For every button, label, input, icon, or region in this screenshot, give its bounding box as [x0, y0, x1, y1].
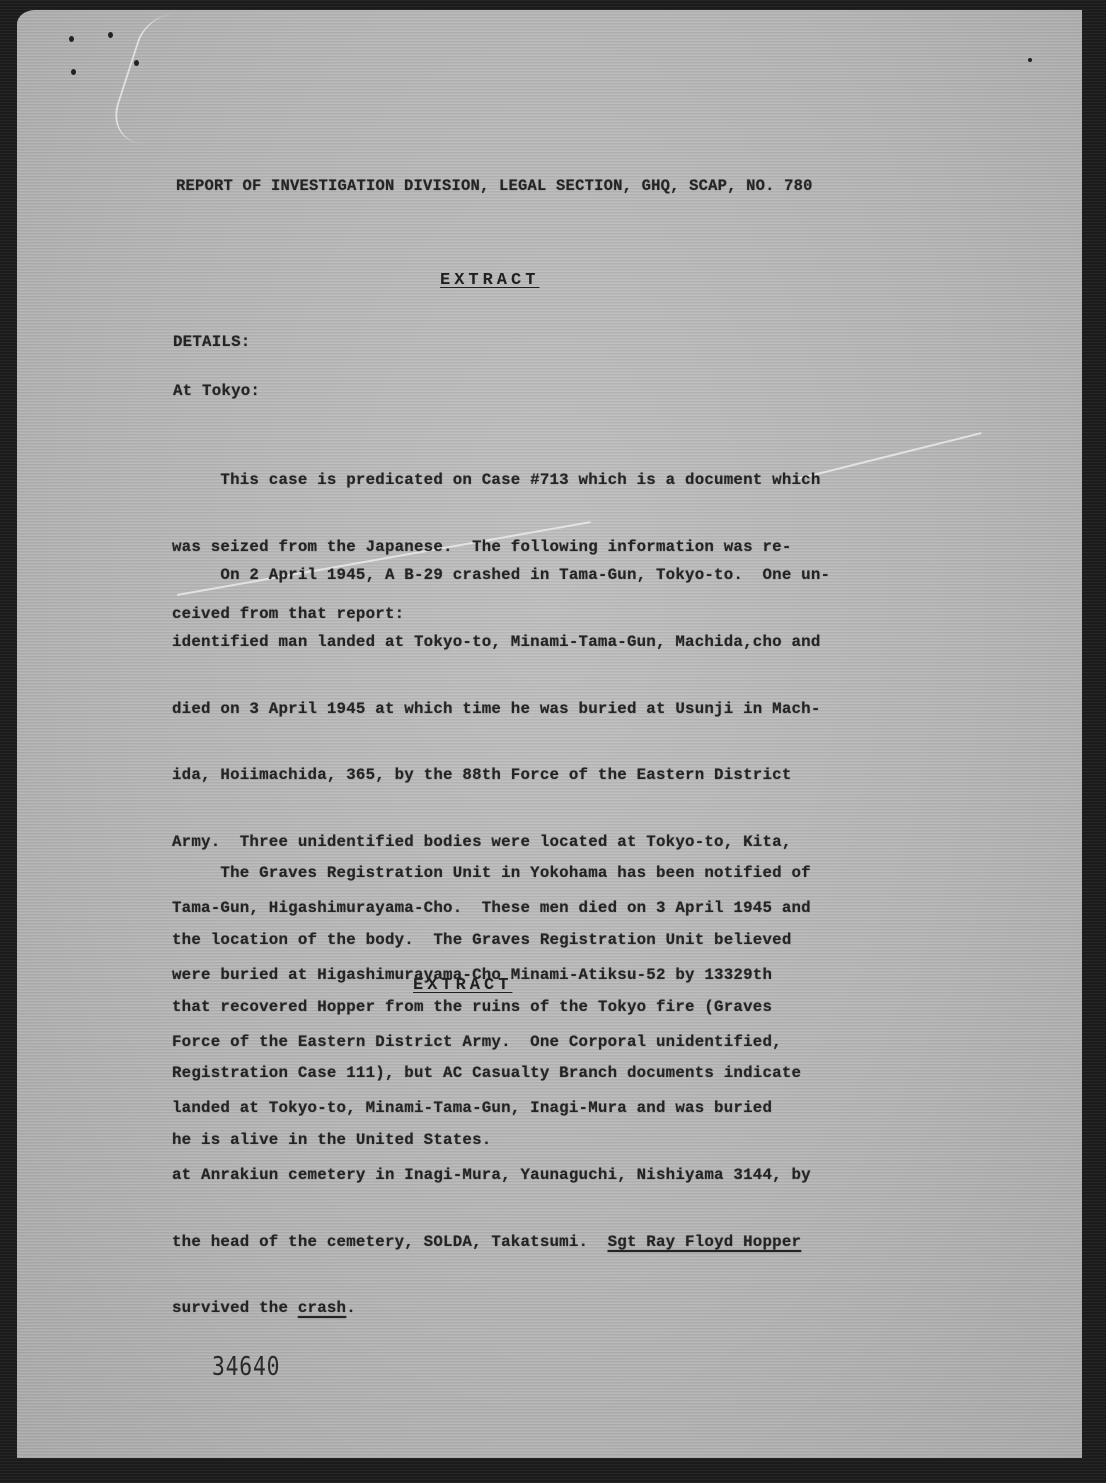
paragraph-graves-registration: The Graves Registration Unit in Yokohama…	[172, 818, 811, 1173]
paragraph-line: survived the crash.	[172, 1297, 830, 1319]
paragraph-line: he is alive in the United States.	[172, 1129, 811, 1151]
dust-speck	[71, 69, 76, 75]
dust-speck	[108, 32, 113, 38]
paragraph-line: identified man landed at Tokyo-to, Minam…	[172, 631, 830, 653]
paragraph-line: the location of the body. The Graves Reg…	[172, 929, 811, 951]
extract-footer: EXTRACT	[413, 976, 512, 995]
extract-title: EXTRACT	[440, 271, 539, 290]
paragraph-line: died on 3 April 1945 at which time he wa…	[172, 698, 830, 720]
report-header: REPORT OF INVESTIGATION DIVISION, LEGAL …	[176, 177, 813, 195]
survivor-name: Sgt Ray Floyd Hopper	[608, 1233, 802, 1251]
paragraph-line: On 2 April 1945, A B-29 crashed in Tama-…	[172, 564, 830, 586]
paragraph-line: This case is predicated on Case #713 whi…	[172, 469, 821, 491]
closing-prefix: survived the	[172, 1299, 298, 1317]
paragraph-line: that recovered Hopper from the ruins of …	[172, 996, 811, 1018]
dust-speck	[1028, 58, 1032, 62]
paragraph-line: ida, Hoiimachida, 365, by the 88th Force…	[172, 764, 830, 786]
paragraph-line-text: the head of the cemetery, SOLDA, Takatsu…	[172, 1233, 608, 1251]
details-label: DETAILS:	[173, 333, 250, 351]
paragraph-line: The Graves Registration Unit in Yokohama…	[172, 862, 811, 884]
dust-speck	[134, 60, 139, 66]
paragraph-line: the head of the cemetery, SOLDA, Takatsu…	[172, 1231, 830, 1253]
stamp-number: 34640	[212, 1352, 280, 1382]
paper-crease-mark	[104, 14, 188, 144]
paragraph-line: Registration Case 111), but AC Casualty …	[172, 1062, 811, 1084]
dust-speck	[69, 36, 74, 42]
closing-suffix: .	[346, 1299, 356, 1317]
location-label: At Tokyo:	[173, 382, 260, 400]
crash-word: crash	[298, 1299, 346, 1317]
film-scratch	[797, 432, 982, 480]
